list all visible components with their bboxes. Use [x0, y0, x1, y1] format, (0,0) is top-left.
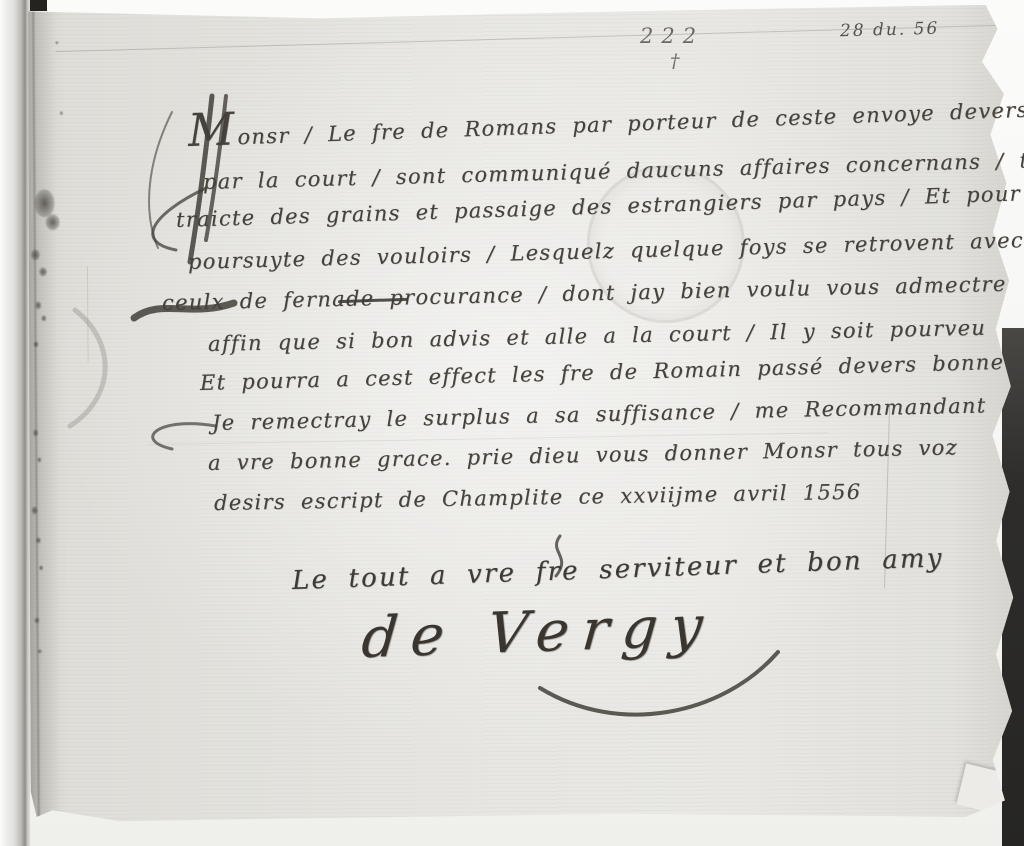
ink-blot — [32, 506, 38, 514]
ink-blot — [37, 457, 41, 462]
ink-blot — [31, 249, 40, 260]
ink-blot — [41, 315, 46, 321]
ink-blot — [39, 565, 43, 570]
ink-blot — [34, 617, 39, 623]
ink-blot — [35, 301, 41, 309]
date-annotation: 28 du. 56 — [840, 19, 940, 42]
ink-blot — [55, 41, 58, 44]
ink-blot — [34, 189, 54, 217]
ink-blot — [46, 214, 60, 230]
ink-blot — [60, 111, 63, 115]
binding-tab — [30, 0, 47, 11]
adjacent-page-edge — [0, 0, 30, 846]
ink-blot — [38, 649, 42, 653]
folio-number: 222 — [640, 24, 704, 48]
signature: de Vergy — [359, 594, 718, 672]
fold-crease — [87, 266, 89, 362]
gutter-shadow — [25, 11, 61, 823]
ink-blot — [36, 537, 41, 543]
ink-blot — [33, 341, 38, 347]
ink-blot — [39, 267, 47, 276]
folio-mark: † — [670, 50, 680, 72]
ink-blot — [33, 429, 38, 436]
manuscript-photo: 222 † 28 du. 56 Monsr / Le fre de Romans… — [0, 0, 1024, 846]
